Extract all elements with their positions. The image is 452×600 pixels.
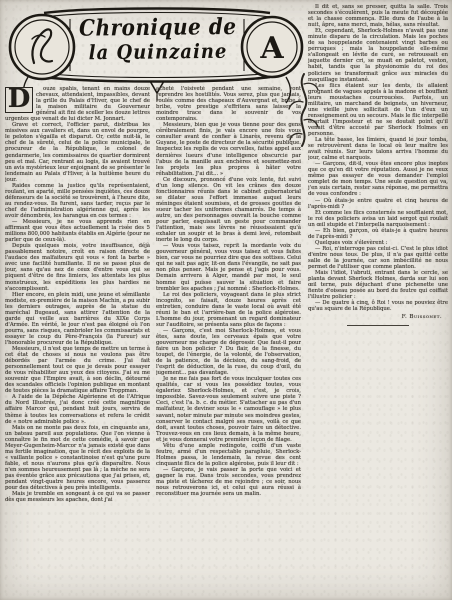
column-3: Il dit et, sans se presser, quitta la sa… [308,4,448,404]
paragraph: Et, cependant, Sherlock-Holmes n'avait p… [308,28,448,82]
paragraph: Messieurs, il n'est que temps de mettre … [5,346,150,394]
paragraph: Je ne me fais pas fort de vous inculquer… [156,376,301,443]
paragraph: — Où étais-je entre quatre et cinq heure… [308,198,448,210]
paragraph: Ce discours, prononcé d'une voix lente, … [156,177,301,244]
column-2: acheté l'oisiveté pendant une semaine, v… [156,86,301,598]
paragraph: La tête basse, les limiers, quand le jou… [308,137,448,161]
end-rule [347,325,409,326]
column-2-paragraphs: acheté l'oisiveté pendant une semaine, v… [156,86,301,497]
title-line-1: Chronique de [70,13,246,42]
paragraph: — Garçons, dit-il, vous êtes encore plus… [308,161,448,197]
paragraph: Les flics étaient sur les dents, ils all… [308,83,448,137]
paragraph: — Garçons, c'est moi Sherlock-Holmes, et… [156,328,301,376]
paragraph: Messieurs, bien que je vous tienne pour … [156,122,301,176]
paragraph: Vêtu d'une ample redingote, coiffé d'un … [156,443,301,467]
paragraph: Douze spahis, tenant en mains douze chev… [5,86,150,122]
paragraph: Il dit et, sans se presser, quitta la sa… [308,4,448,28]
paragraph: — Garçons, je vais passer la porte que v… [156,467,301,497]
paragraph: — Roi, n'interroge pas celui-ci. C'est l… [308,246,448,270]
author-signature: F. Buissonet. [308,314,448,320]
paragraph: Hier encore, en plein midi, une jeune et… [5,292,150,346]
paragraph: A l'aide de la Dépêche Algérienne et de … [5,394,150,424]
paragraph: acheté l'oisiveté pendant une semaine, v… [156,86,301,122]
medallion-letter-a: A [245,31,299,66]
paragraph: Mais je tremble en songeant à ce qui va … [5,491,150,503]
magazine-page: Chronique de la Quinzaine A Douze spahis… [0,0,452,600]
paragraph: Le roi des policiers, voyageant dans le … [156,292,301,328]
paragraph: Mais on ne monte pas deux fois, en cinqu… [5,425,150,492]
paragraph: Grave et correct, l'officier parut, dist… [5,122,150,182]
paragraph: Depuis quelques mois, votre insuffisance… [5,243,150,291]
column-1: Douze spahis, tenant en mains douze chev… [5,86,150,598]
column-1-paragraphs: Grave et correct, l'officier parut, dist… [5,122,150,503]
paragraph: Et comme les flics consternés ne souffla… [308,210,448,228]
column-3-paragraphs: Il dit et, sans se presser, quitta la sa… [308,4,448,312]
paragraph: — De quatre à cinq, ô Roi ! vous ne pouv… [308,300,448,312]
paragraph: Raides comme la justice qu'ils représent… [5,183,150,219]
paragraph: — Vous vous taisez, reprit la mordante v… [156,243,301,291]
drop-cap: D [5,87,33,113]
paragraph: Mais l'idiot, l'abruti, entrant dans le … [308,270,448,300]
paragraph: — Eh bien, garçon, où étais-je à quatre … [308,228,448,240]
page-title: Chronique de la Quinzaine [70,14,247,78]
paragraph: — Messieurs, je ne vous apprends rien en… [5,219,150,243]
title-line-2: la Quinzaine [70,40,246,66]
